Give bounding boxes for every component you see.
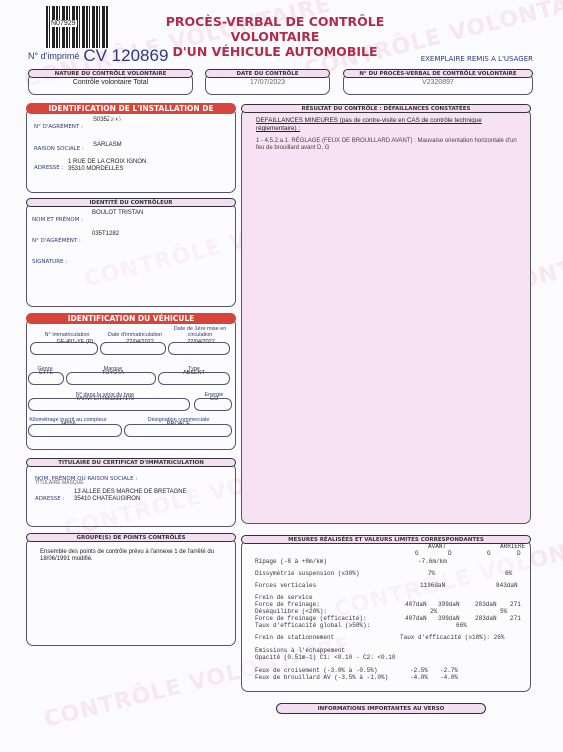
avant-g: G (415, 550, 419, 557)
defaillance-item: 1 - 4.5.2.a.1. RÉGLAGE (FEUX DE BROUILLA… (256, 138, 521, 152)
barcode (46, 6, 108, 48)
exemplaire-label: EXEMPLAIRE REMIS A L'USAGER (421, 55, 533, 63)
ff-arriere-g: 283daN (475, 601, 497, 608)
force-eff-label: Force de freinage (efficacité): (255, 615, 367, 622)
raison-label: RAISON SOCIALE : (34, 146, 84, 152)
vin-field (28, 398, 190, 411)
type-field (158, 372, 230, 385)
avant-label: AVANT (428, 543, 446, 550)
resultat-header: RÉSULTAT DU CONTRÔLE : DÉFAILLANCES CONS… (241, 104, 531, 113)
adresse-line1: 1 RUE DE LA CROIX IGNON (68, 159, 146, 166)
title-line-2: D'UN VÉHICULE AUTOMOBILE (140, 44, 410, 59)
fe-arriere-d: 271 (510, 615, 521, 622)
brouillard-label: Feux de brouillard AV (-3.5% à -1.0%) (255, 674, 388, 681)
imprime-label: N° d'imprimé (28, 51, 79, 61)
desequilibre-arriere: 5% (500, 608, 507, 615)
adresse-line2: 35310 MORDELLES (68, 166, 123, 173)
raison-value: SARLASM (93, 142, 122, 149)
fe-avant-g: 407daN (405, 615, 427, 622)
ff-avant-d: 399daN (438, 601, 460, 608)
adresse-label: ADRESSE : (34, 165, 63, 171)
document-title: PROCÈS-VERBAL DE CONTRÔLE VOLONTAIRE D'U… (140, 14, 410, 59)
desequilibre-label: Déséquilibre (<20%): (255, 608, 327, 615)
resultat-section (241, 109, 531, 524)
nature-value: Contrôle volontaire Total (29, 79, 192, 86)
nom-label: NOM ET PRÉNOM : (32, 217, 83, 223)
dissymetrie-label: Dissymétrie suspension (≤30%) (255, 570, 359, 577)
genre-field (28, 372, 64, 385)
force-freinage-label: Force de freinage: (255, 601, 320, 608)
immat-field (30, 342, 98, 355)
emissions-label: Emissions à l'échappement (255, 647, 345, 654)
arriere-label: ARRIERE (500, 543, 525, 550)
vehicule-header: IDENTIFICATION DU VÉHICULE (26, 313, 236, 324)
controleur-agrement-label: N° D'AGRÉMENT : (32, 238, 81, 244)
km-field (28, 424, 122, 437)
groupes-text: Ensemble des points de contrôle prévu à … (40, 549, 230, 563)
fe-arriere-g: 283daN (475, 615, 497, 622)
groupes-header: GROUPE(S) DE POINTS CONTRÔLÉS (26, 533, 236, 542)
croisement-d: -2.7% (440, 667, 458, 674)
imprime-number: N° d'impriméCV 120869 (28, 46, 168, 66)
controleur-agrement-value: 035T1282 (92, 231, 119, 238)
titulaire-header: TITULAIRE DU CERTIFICAT D'IMMATRICULATIO… (26, 458, 236, 467)
titulaire-nom-value: TITULAIRE MASQUÉ (35, 480, 84, 487)
defaillances-heading: DEFAILLANCES MINEURES (pas de contre-vis… (256, 117, 511, 133)
stationnement-label: Frein de stationnement (255, 634, 334, 641)
taux-global-value: 66% (456, 622, 467, 629)
immat-label: N° Immatriculation (32, 332, 102, 338)
opacite-value: Opacité (0.51m-1) C1: <0.10 - C2: <0.10 (255, 654, 395, 661)
desequilibre-avant: 2% (430, 608, 437, 615)
forces-avant: 1196daN (420, 582, 445, 589)
dissymetrie-arriere: 6% (505, 570, 512, 577)
installation-header: IDENTIFICATION DE L'INSTALLATION DE CONT… (26, 103, 236, 114)
marque-field (66, 372, 156, 385)
croisement-g: -2.5% (410, 667, 428, 674)
ripage-value: -7.6m/km (418, 558, 447, 565)
nom-value: BOULOT TRISTAN (92, 210, 143, 217)
titulaire-adresse-label: ADRESSE : (35, 496, 64, 502)
mesures-header: MESURES RÉALISÉES ET VALEURS LIMITES COR… (241, 535, 531, 544)
ripage-label: Ripage (-8 à +8m/km) (255, 558, 327, 565)
date-value: 17/07/2023 (206, 79, 329, 86)
pv-value: V2320897 (344, 79, 532, 86)
energie-field (194, 398, 232, 411)
arriere-d: D (517, 550, 521, 557)
info-verso-banner: INFORMATIONS IMPORTANTES AU VERSO (276, 703, 486, 714)
date-immat-label: Date d'immatriculation (100, 332, 170, 338)
controleur-header: IDENTITÉ DU CONTRÔLEUR (26, 198, 236, 207)
ff-arriere-d: 271 (510, 601, 521, 608)
arriere-g: G (487, 550, 491, 557)
forces-arriere: 843daN (496, 582, 518, 589)
pv-header: N° DU PROCÈS-VERBAL DE CONTRÔLE VOLONTAI… (343, 69, 533, 78)
titulaire-adresse-line1: 13 ALLEE DES MARCHE DE BRETAGNE (74, 489, 187, 496)
taux-global-label: Taux d'efficacité global (≥50%): (255, 622, 370, 629)
frein-service-label: Frein de service (255, 594, 313, 601)
fe-avant-d: 399daN (438, 615, 460, 622)
nature-header: NATURE DU CONTRÔLE VOLONTAIRE (28, 69, 193, 78)
barcode-number: N07929 (50, 20, 77, 27)
brouillard-g: -4.0% (410, 674, 428, 681)
date-header: DATE DU CONTRÔLE (205, 69, 330, 78)
title-line-1: PROCÈS-VERBAL DE CONTRÔLE VOLONTAIRE (140, 14, 410, 44)
date-mise-label: Date de 1ère mise en circulation (170, 326, 230, 338)
titulaire-adresse-line2: 35410 CHATEAUGIRON (74, 496, 140, 503)
imprime-value: CV 120869 (83, 46, 168, 65)
ff-avant-g: 407daN (405, 601, 427, 608)
stationnement-value: Taux d'efficacité (≥18%): 26% (400, 634, 504, 641)
avant-d: D (448, 550, 452, 557)
brouillard-d: -4.0% (440, 674, 458, 681)
agrement-label: N° D'AGRÉMENT : (34, 124, 83, 130)
croisement-label: Feux de croisement (-3.0% à -0.5%) (255, 667, 377, 674)
forces-label: Forces verticales (255, 582, 316, 589)
dissymetrie-avant: 7% (428, 570, 435, 577)
date-mise-field (168, 342, 230, 355)
date-immat-field (100, 342, 166, 355)
signature-label: SIGNATURE : (32, 259, 67, 265)
designation-field (124, 424, 232, 437)
